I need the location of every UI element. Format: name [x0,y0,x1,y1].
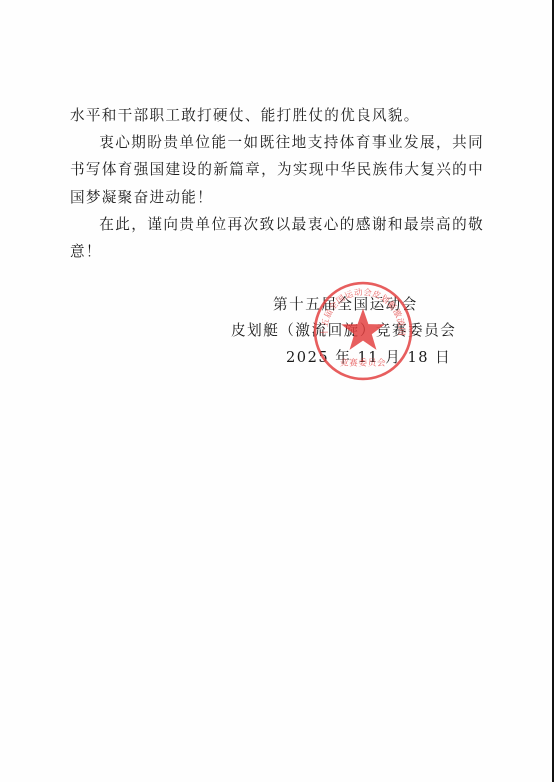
paragraph-wishes: 衷心期盼贵单位能一如既往地支持体育事业发展，共同书写体育强国建设的新篇章，为实现… [70,129,484,211]
signature-organization-line1: 第十五届全国运动会 [273,292,418,319]
signature-date: 2025 年 11 月 18 日 [286,345,451,372]
paragraph-thanks: 在此，谨向贵单位再次致以最衷心的感谢和最崇高的敬意！ [70,211,484,265]
signature-organization-line2: 皮划艇（激流回旋）竞赛委员会 [231,318,456,345]
document-page: 水平和干部职工敢打硬仗、能打胜仗的优良风貌。 衷心期盼贵单位能一如既往地支持体育… [0,0,552,782]
letter-body: 水平和干部职工敢打硬仗、能打胜仗的优良风貌。 衷心期盼贵单位能一如既往地支持体育… [70,102,484,265]
paragraph-closing-fragment: 水平和干部职工敢打硬仗、能打胜仗的优良风貌。 [70,102,484,129]
